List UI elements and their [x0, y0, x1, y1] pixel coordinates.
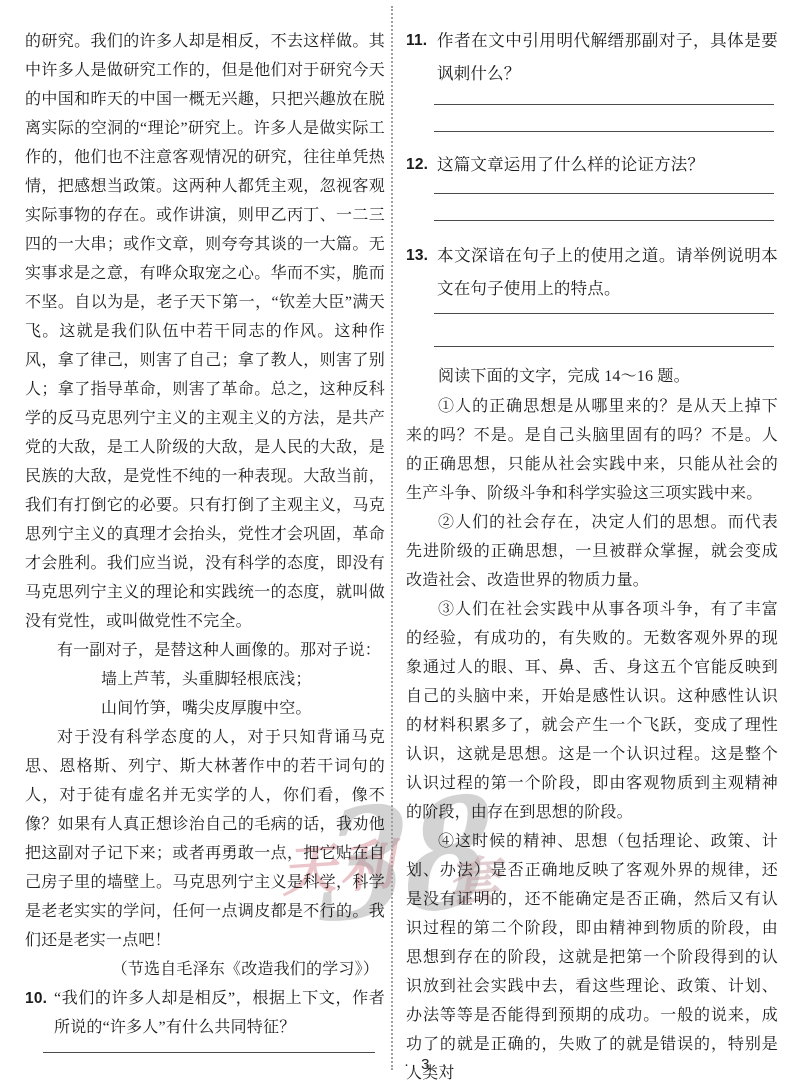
question-10-number: 10. [25, 984, 54, 1042]
question-11-text: 作者在文中引用明代解缙那副对子，具体是要讽刺什么？ [437, 24, 778, 90]
question-13-number: 13. [406, 239, 437, 305]
passage-paragraph-2: ②人们的社会存在，决定人们的思想。而代表先进阶级的正确思想，一旦被群众掌握，就会… [406, 508, 778, 595]
question-10-text: “我们的许多人却是相反”，根据上下文，作者所说的“许多人”有什么共同特征？ [54, 984, 385, 1042]
reading-instruction: 阅读下面的文字，完成 14～16 题。 [406, 361, 778, 392]
question-12: 12. 这篇文章运用了什么样的论证方法？ [406, 148, 778, 181]
answer-line [434, 181, 774, 194]
couplet-intro: 有一副对子，是替这种人画像的。那对子说： [25, 636, 385, 665]
passage-paragraph-4: ④这时候的精神、思想（包括理论、政策、计划、办法）是否正确地反映了客观外界的规律… [406, 827, 778, 1088]
answer-line [434, 105, 774, 132]
question-13-text: 本文深谙在句子上的使用之道。请举例说明本文在句子使用上的特点。 [437, 239, 778, 305]
satire-paragraph: 对于没有科学态度的人，对于只知背诵马克思、恩格斯、列宁、斯大林著作中的若干词句的… [25, 723, 385, 955]
left-column: 的研究。我们的许多人却是相反，不去这样做。其中许多人是做研究工作的，但是他们对于… [25, 27, 385, 1053]
answer-line [434, 90, 774, 105]
answer-line [434, 194, 774, 221]
exam-page: 天利 38 套 的研究。我们的许多人却是相反，不去这样做。其中许多人是做研究工作… [0, 0, 790, 1092]
question-13: 13. 本文深谙在句子上的使用之道。请举例说明本文在句子使用上的特点。 [406, 239, 778, 305]
answer-line [434, 305, 774, 314]
reading-passage: ①人的正确思想是从哪里来的？是从天上掉下来的吗？不是。是自己头脑里固有的吗？不是… [406, 392, 778, 1088]
answer-line [43, 1042, 375, 1053]
passage-continuation-paragraph: 的研究。我们的许多人却是相反，不去这样做。其中许多人是做研究工作的，但是他们对于… [25, 27, 385, 636]
couplet-line-2: 山间竹笋，嘴尖皮厚腹中空。 [25, 694, 385, 723]
couplet-line-1: 墙上芦苇，头重脚轻根底浅； [25, 665, 385, 694]
column-divider-dotted-rule [391, 6, 393, 1070]
page-number: · 3 · [404, 1056, 451, 1073]
answer-line [434, 314, 774, 347]
question-12-text: 这篇文章运用了什么样的论证方法？ [437, 148, 778, 181]
passage-paragraph-1: ①人的正确思想是从哪里来的？是从天上掉下来的吗？不是。是自己头脑里固有的吗？不是… [406, 392, 778, 508]
right-column: 11. 作者在文中引用明代解缙那副对子，具体是要讽刺什么？ 12. 这篇文章运用… [406, 24, 778, 1088]
passage-paragraph-3: ③人们在社会实践中从事各项斗争，有了丰富的经验，有成功的，有失败的。无数客观外界… [406, 595, 778, 827]
question-11-number: 11. [406, 24, 437, 90]
source-attribution: （节选自毛泽东《改造我们的学习》） [25, 955, 385, 984]
question-10: 10. “我们的许多人却是相反”，根据上下文，作者所说的“许多人”有什么共同特征… [25, 984, 385, 1042]
question-11: 11. 作者在文中引用明代解缙那副对子，具体是要讽刺什么？ [406, 24, 778, 90]
question-12-number: 12. [406, 148, 437, 181]
